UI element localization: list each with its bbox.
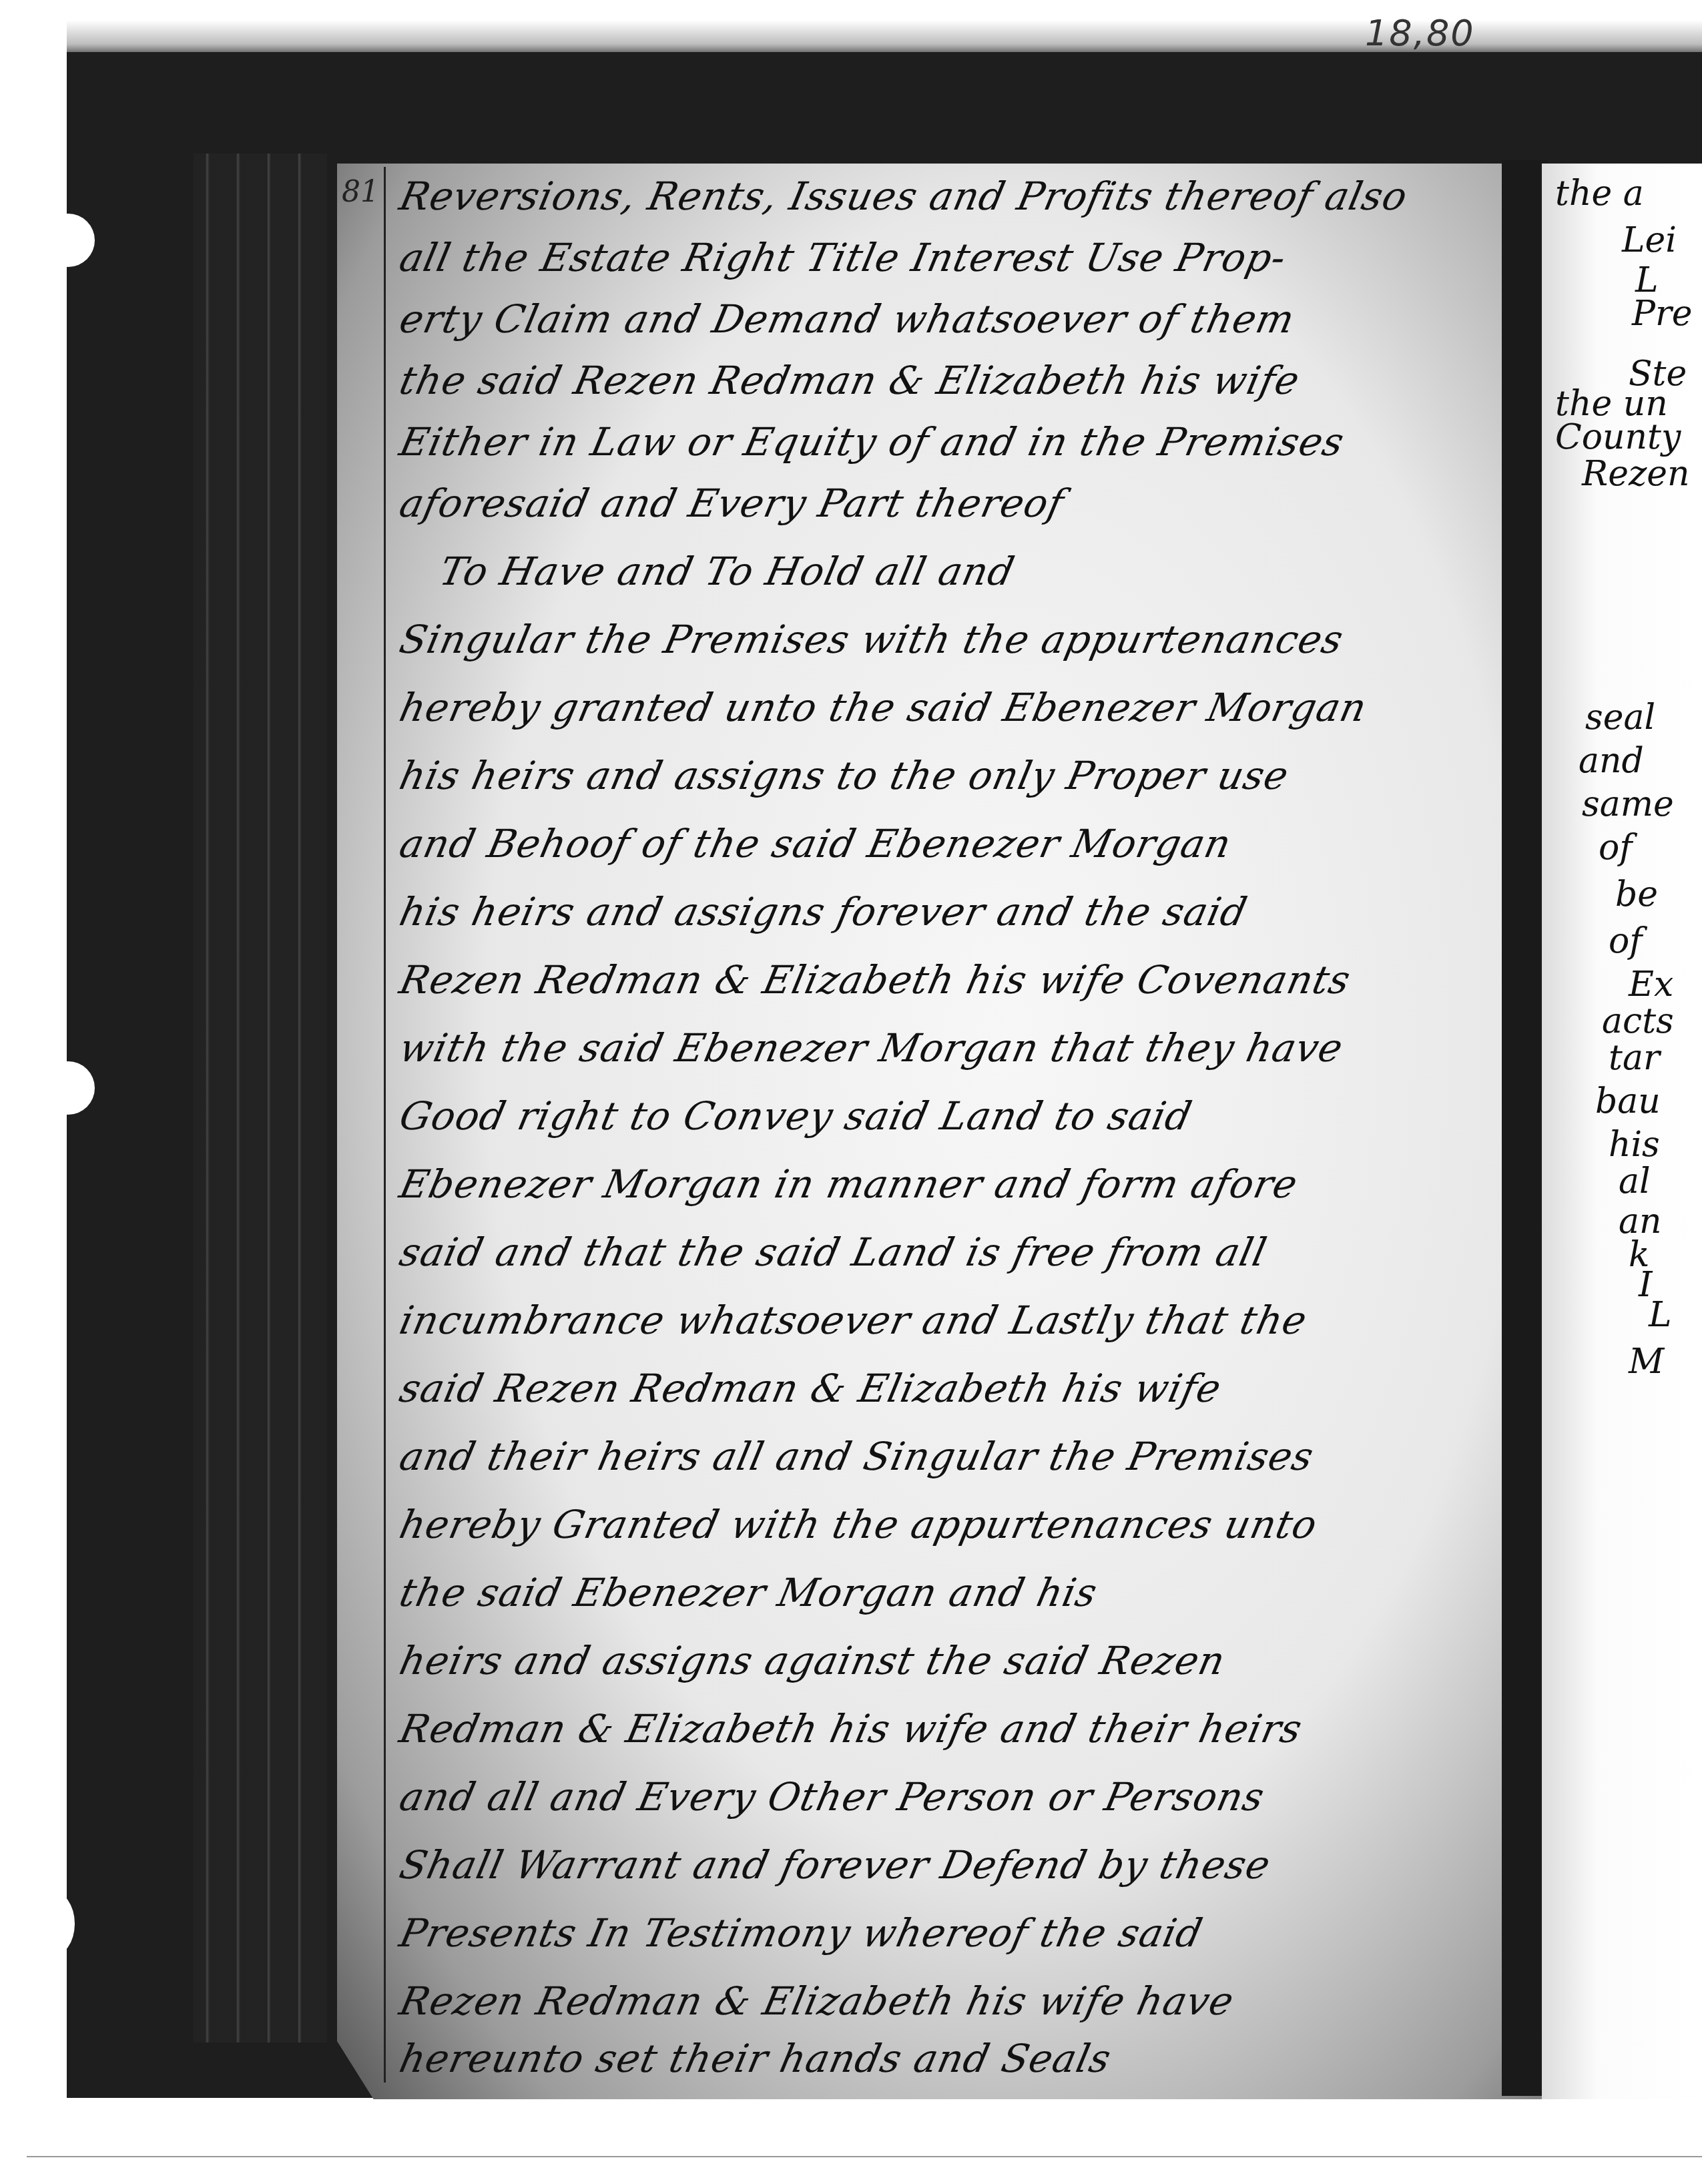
deed-line: heirs and assigns against the said Rezen <box>396 1638 1229 1683</box>
deed-line: and all and Every Other Person or Person… <box>396 1774 1269 1820</box>
deed-line: his heirs and assigns to the only Proper… <box>396 753 1293 798</box>
deed-line: hereunto set their hands and Seals <box>396 2036 1115 2081</box>
fragment-line: Lei <box>1622 220 1677 260</box>
deed-line: incumbrance whatsoever and Lastly that t… <box>396 1298 1312 1343</box>
deed-line: Ebenezer Morgan in manner and form afore <box>396 1161 1302 1207</box>
deed-line: said and that the said Land is free from… <box>396 1230 1271 1275</box>
fragment-line: Ex <box>1629 965 1673 1005</box>
fragment-line: be <box>1615 874 1658 914</box>
fragment-line: acts <box>1602 1001 1674 1041</box>
fragment-line: seal <box>1585 698 1655 738</box>
fragment-line: M <box>1629 1342 1664 1382</box>
fragment-line: County <box>1555 417 1681 457</box>
fragment-line: tar <box>1609 1038 1660 1078</box>
fragment-line: Rezen <box>1582 454 1690 494</box>
deed-line: Good right to Convey said Land to said <box>396 1093 1196 1139</box>
deed-line: and their heirs all and Singular the Pre… <box>396 1434 1318 1479</box>
page-number-annotation: 18,80 <box>1365 12 1475 54</box>
punch-hole-bottom <box>28 1890 75 1957</box>
deed-line: Redman & Elizabeth his wife and their he… <box>396 1706 1307 1751</box>
deed-line: said Rezen Redman & Elizabeth his wife <box>396 1366 1225 1411</box>
fragment-line: and <box>1579 741 1644 781</box>
deed-line: and Behoof of the said Ebenezer Morgan <box>396 821 1235 866</box>
fragment-line: L <box>1649 1295 1672 1335</box>
punch-hole-middle <box>41 1061 95 1115</box>
fragment-line: bau <box>1595 1081 1661 1121</box>
deed-line: erty Claim and Demand whatsoever of them <box>396 296 1299 342</box>
punch-hole-top <box>41 214 95 267</box>
deed-line: To Have and To Hold all and <box>436 549 1019 594</box>
deed-line: with the said Ebenezer Morgan that they … <box>396 1025 1348 1071</box>
fragment-line: of <box>1609 921 1643 961</box>
margin-annotation: 81 <box>342 175 379 209</box>
deed-line: his heirs and assigns forever and the sa… <box>396 889 1251 934</box>
deed-line: Shall Warrant and forever Defend by thes… <box>396 1842 1275 1888</box>
deed-line: the said Rezen Redman & Elizabeth his wi… <box>396 358 1304 403</box>
deed-line: Rezen Redman & Elizabeth his wife Covena… <box>396 957 1355 1003</box>
scan-bottom-edge <box>27 2156 1702 2157</box>
deed-line: the said Ebenezer Morgan and his <box>396 1570 1102 1615</box>
margin-rule-line <box>384 167 386 2083</box>
fragment-line: of <box>1599 828 1633 868</box>
fragment-line: same <box>1582 784 1674 824</box>
fragment-line: al <box>1619 1161 1651 1201</box>
deed-line: hereby granted unto the said Ebenezer Mo… <box>396 685 1371 730</box>
deed-line: all the Estate Right Title Interest Use … <box>396 235 1291 280</box>
deed-line: aforesaid and Every Part thereof <box>396 481 1069 526</box>
deed-line: Either in Law or Equity of and in the Pr… <box>396 419 1349 465</box>
fragment-line: the a <box>1555 174 1644 214</box>
deed-line: Reversions, Rents, Issues and Profits th… <box>396 174 1412 219</box>
fragment-line: his <box>1609 1125 1660 1165</box>
deed-line: hereby Granted with the appurtenances un… <box>396 1502 1322 1547</box>
deed-line: Singular the Premises with the appurtena… <box>396 617 1348 662</box>
deed-line: Presents In Testimony whereof the said <box>396 1910 1207 1956</box>
deed-line: Rezen Redman & Elizabeth his wife have <box>396 1978 1238 2024</box>
fragment-line: Pre <box>1632 294 1693 334</box>
book-spine-binding <box>194 154 327 2042</box>
